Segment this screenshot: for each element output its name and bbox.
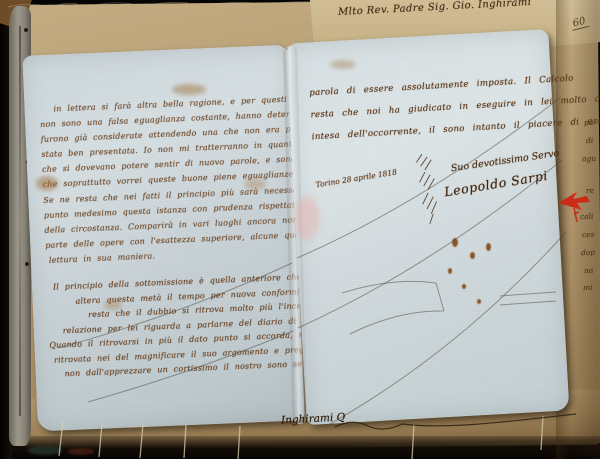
left-letter-page: in lettera si farà altra bella ragione, … [22,45,305,432]
edge-text-fragment: ces [582,230,595,239]
edge-text-fragment: dop [581,248,595,257]
right-letter-page: parola di essere assolutamente imposta. … [286,29,570,425]
pen-hatch-marks [410,151,448,227]
right-page-text: parola di essere assolutamente imposta. … [309,75,548,154]
page-edge-crease [19,26,21,416]
paper-stain [330,60,356,69]
edge-text-fragment: agu [582,154,596,163]
paper-stain [172,84,206,95]
bottom-shadow [0,436,600,459]
binding-stitch [24,28,28,32]
foxing-spot [486,243,491,251]
photographed-letter-spread: in lettera si farà altra bella ragione, … [0,0,600,459]
bottom-smudge [28,446,62,455]
edge-text-fragment: na [584,266,594,275]
edge-text-fragment: re [586,186,594,195]
pink-ink-stain [294,196,320,240]
bottom-smudge [68,448,94,455]
edge-text-fragment: pa [584,118,594,127]
letter-dateline: Torino 28 aprile 1818 [315,167,398,189]
edge-text-fragment: di [586,136,594,145]
left-page-paragraphs-bottom: Il principio della sottomissione è quell… [47,273,293,385]
foxing-spot [452,238,458,247]
foxing-spot [462,284,466,289]
paper-stain [244,178,266,190]
foxing-spot [470,252,475,259]
paper-stain [36,176,58,191]
edge-text-fragment: cali [580,212,594,221]
foxing-spot [448,268,452,274]
edge-text-fragment: mi [583,283,593,292]
paper-stain [104,300,122,310]
foxing-spot [477,299,481,304]
binding-stitch [25,262,29,266]
